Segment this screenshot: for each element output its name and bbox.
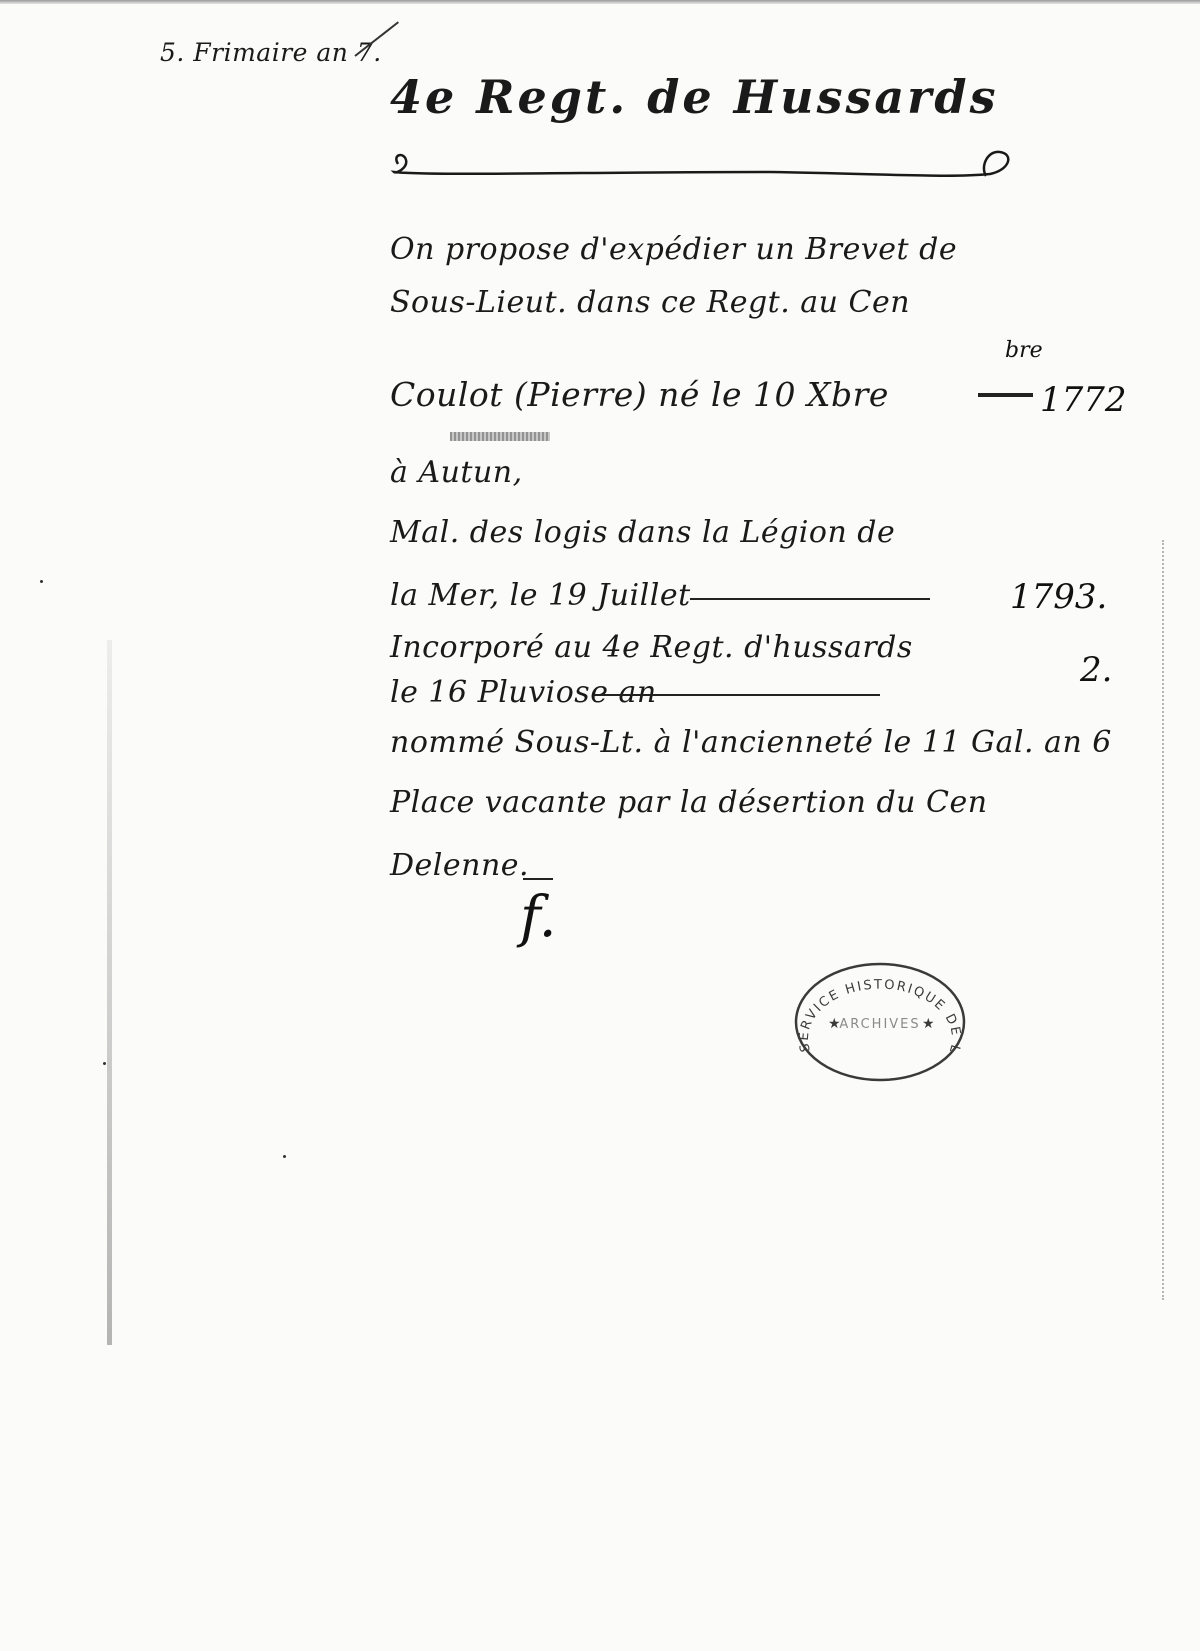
body-line: le 16 Pluviose an — [390, 675, 657, 710]
scanned-document-page: 5. Frimaire an 7. 4e Regt. de Hussards O… — [0, 0, 1200, 1651]
body-line: Sous-Lieut. dans ce Regt. au Cen — [390, 285, 910, 320]
month-superscript: bre — [1005, 338, 1043, 363]
paraph-dash — [523, 878, 553, 880]
birth-year: 1772 — [1040, 380, 1127, 420]
star-icon: ★ — [922, 1017, 935, 1032]
body-line: nommé Sous-Lt. à l'ancienneté le 11 Gal.… — [390, 725, 1112, 760]
paper-edge — [1162, 540, 1167, 1300]
pluviose-year: 2. — [1080, 650, 1112, 690]
legion-year: 1793. — [1010, 577, 1107, 617]
page-fold-shadow — [107, 640, 112, 1345]
star-icon: ★ — [828, 1017, 841, 1032]
ink-speck — [283, 1155, 286, 1158]
stamp-outer-text: SERVICE HISTORIQUE DE LA DEFENSE — [790, 960, 963, 1056]
title-flourish — [390, 150, 1015, 184]
archive-stamp: SERVICE HISTORIQUE DE LA DEFENSE ARCHIVE… — [790, 960, 970, 1085]
document-title: 4e Regt. de Hussards — [390, 70, 998, 124]
name-underline — [450, 432, 550, 441]
svg-text:SERVICE HISTORIQUE DE LA DEFEN: SERVICE HISTORIQUE DE LA DEFENSE — [790, 960, 963, 1056]
stamp-inner-text: ARCHIVES — [839, 1017, 920, 1032]
scan-edge — [0, 0, 1200, 4]
body-line: à Autun, — [390, 455, 523, 490]
fill-rule — [595, 694, 880, 696]
strikethrough-mark — [978, 393, 1033, 397]
body-line: Delenne. — [390, 848, 529, 883]
document-date: 5. Frimaire an 7. — [160, 38, 382, 67]
body-line-name: Coulot (Pierre) né le 10 Xbre — [390, 375, 889, 414]
fill-rule — [690, 598, 930, 600]
paraph-signature: f. — [520, 885, 557, 950]
body-line: Incorporé au 4e Regt. d'hussards — [390, 630, 913, 665]
body-line: Place vacante par la désertion du Cen — [390, 785, 988, 820]
body-line: On propose d'expédier un Brevet de — [390, 232, 957, 267]
body-line: Mal. des logis dans la Légion de — [390, 515, 895, 550]
ink-speck — [40, 580, 43, 583]
body-line: la Mer, le 19 Juillet — [390, 578, 691, 613]
ink-speck — [103, 1062, 106, 1065]
